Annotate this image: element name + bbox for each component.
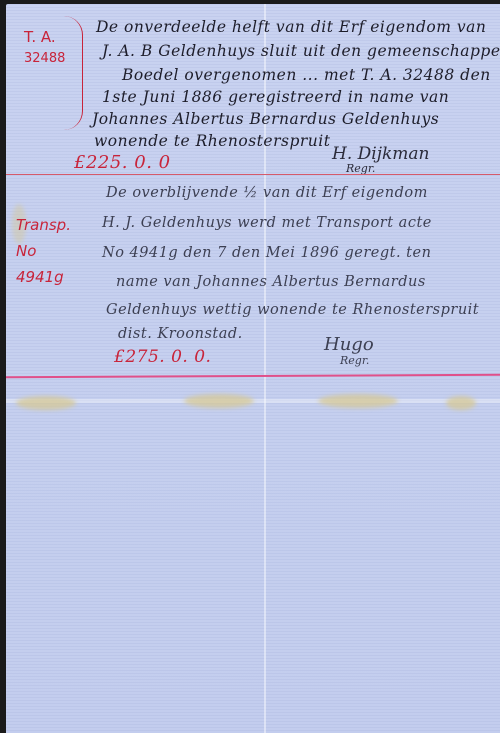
ta-reference-note: T. A. 32488	[24, 26, 65, 70]
entry2-line6: dist. Kroonstad.	[118, 326, 243, 342]
entry1-amount: £225. 0. 0	[74, 152, 171, 173]
transport-number: 4941g	[16, 264, 71, 290]
entry2-signature-sub: Regr.	[340, 354, 369, 367]
document-page: T. A. 32488 De onverdeelde helft van dit…	[6, 4, 500, 733]
transport-reference-note: Transp. No 4941g	[16, 212, 71, 290]
entry2-line4: name van Johannes Albertus Bernardus	[116, 274, 426, 290]
entry2-line5: Geldenhuys wettig wonende te Rhenostersp…	[106, 302, 479, 318]
entry1-line2: J. A. B Geldenhuys sluit uit den gemeens…	[102, 42, 500, 60]
entry1-line1: De onverdeelde helft van dit Erf eigendo…	[96, 18, 486, 36]
entry2-amount: £275. 0. 0.	[114, 347, 211, 367]
entry2-line1: De overblijvende ½ van dit Erf eigendom	[106, 185, 428, 201]
number-label: No	[16, 238, 71, 264]
red-divider-rule	[6, 174, 500, 175]
transport-label: Transp.	[16, 212, 71, 238]
entry2-line2: H. J. Geldenhuys werd met Transport acte	[102, 215, 432, 231]
pink-divider-rule	[6, 374, 500, 379]
entry1-line5: Johannes Albertus Bernardus Geldenhuys	[92, 110, 439, 128]
entry2-line3: No 4941g den 7 den Mei 1896 geregt. ten	[102, 245, 431, 261]
entry1-line6: wonende te Rhenosterspruit	[94, 132, 330, 150]
entry1-signature: H. Dijkman	[332, 144, 429, 164]
ta-number: 32488	[24, 48, 65, 70]
red-brace	[64, 16, 83, 130]
entry1-line4: 1ste Juni 1886 geregistreerd in name van	[102, 88, 449, 106]
ta-label: T. A.	[24, 26, 65, 48]
adhesive-stain	[318, 394, 398, 408]
entry1-line3: Boedel overgenomen ... met T. A. 32488 d…	[122, 66, 491, 84]
adhesive-stain	[184, 394, 254, 408]
adhesive-stain	[16, 396, 76, 410]
adhesive-stain	[446, 396, 476, 410]
entry2-signature: Hugo	[324, 334, 374, 355]
